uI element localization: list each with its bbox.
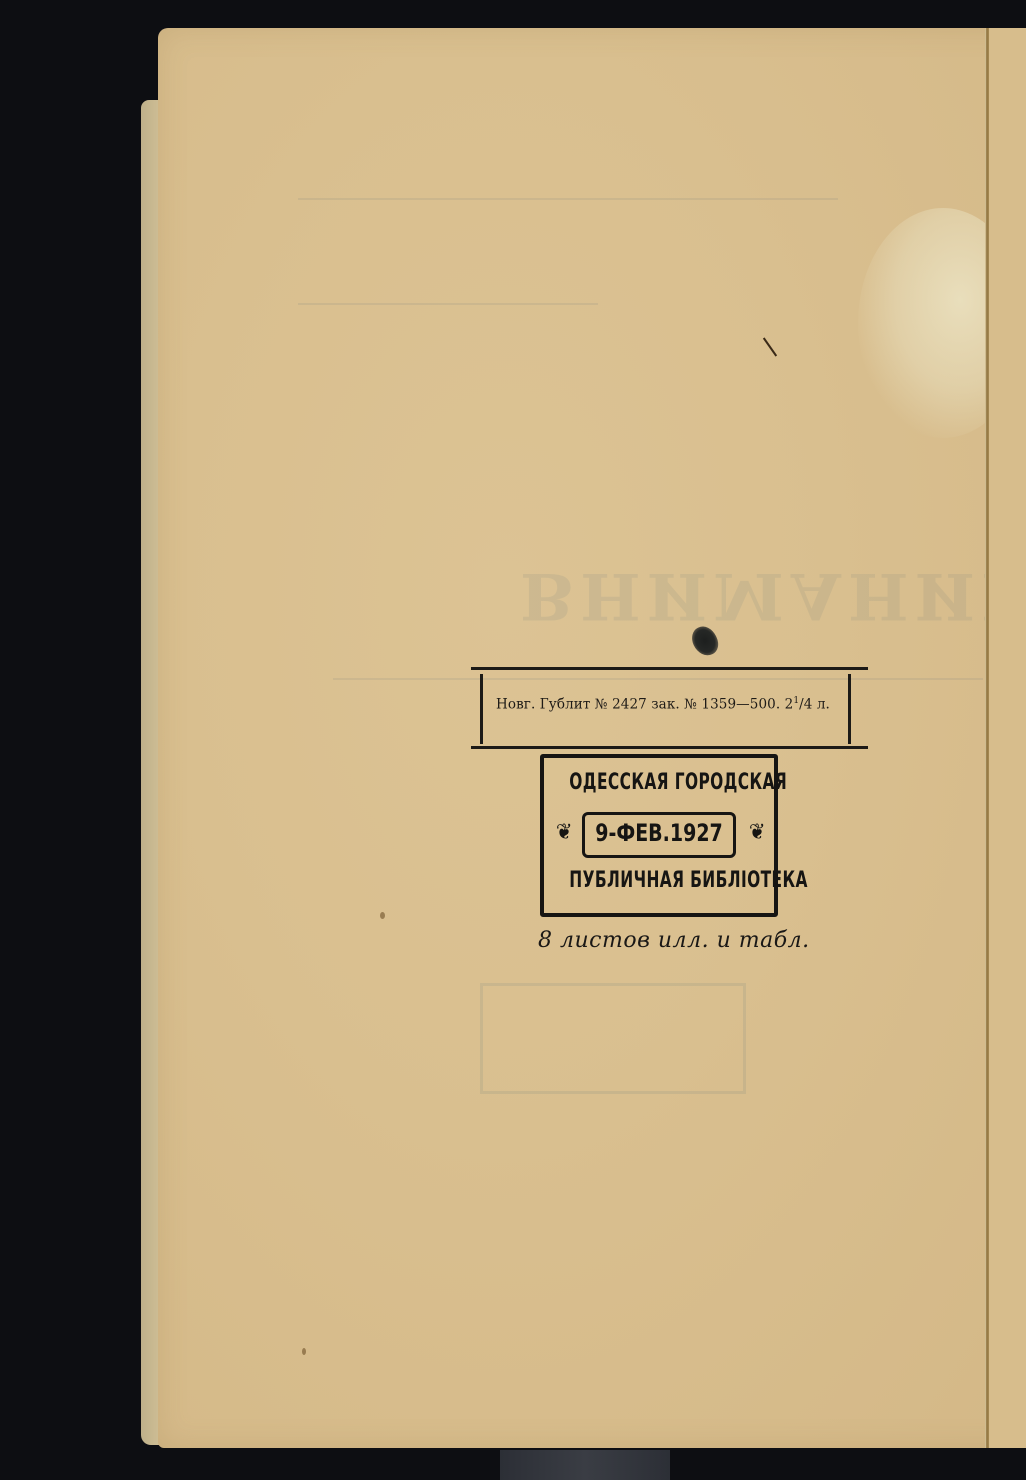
facing-page-edge (989, 28, 1026, 1448)
handwritten-note: 8 листов илл. и табл. (538, 928, 810, 953)
imprint-text: Новг. Гублит № 2427 зак. № 1359—500. 21/… (496, 696, 830, 713)
stamp-date: 9-ФЕВ.1927 (594, 819, 724, 847)
bleed-through-stamp (480, 983, 746, 1094)
library-stamp: ОДЕССКАЯ ГОРОДСКАЯ ❦ 9-ФЕВ.1927 ❦ ПУБЛИЧ… (540, 754, 778, 917)
bleed-through-line (298, 303, 598, 305)
leaf-ornament-icon: ❦ (556, 820, 573, 845)
leaf-ornament-icon: ❦ (749, 820, 766, 845)
bleed-through-line (298, 198, 838, 200)
bleed-through-title: ВНИМАНИЕ (520, 558, 1026, 633)
imprint-bar-right (848, 674, 851, 744)
stamp-date-box: 9-ФЕВ.1927 (582, 812, 736, 858)
imprint-bar-left (480, 674, 483, 744)
imprint-main: Новг. Гублит № 2427 зак. № 1359—500. 2 (496, 697, 793, 713)
scratch-mark (763, 337, 777, 356)
book-page: ВНИМАНИЕ Новг. Гублит № 2427 зак. № 1359… (158, 28, 1026, 1448)
paper-speck (302, 1348, 306, 1355)
scanner-mount (500, 1450, 670, 1480)
paper-speck (380, 912, 385, 919)
stamp-library-city: ОДЕССКАЯ ГОРОДСКАЯ (569, 770, 748, 795)
stamp-library-name: ПУБЛИЧНАЯ БИБЛIОТЕКА (569, 868, 748, 893)
imprint-fraction-rest: /4 л. (799, 697, 830, 713)
imprint-rule-top (471, 667, 868, 670)
imprint-box: Новг. Гублит № 2427 зак. № 1359—500. 21/… (471, 667, 868, 749)
imprint-rule-bottom (471, 746, 868, 749)
